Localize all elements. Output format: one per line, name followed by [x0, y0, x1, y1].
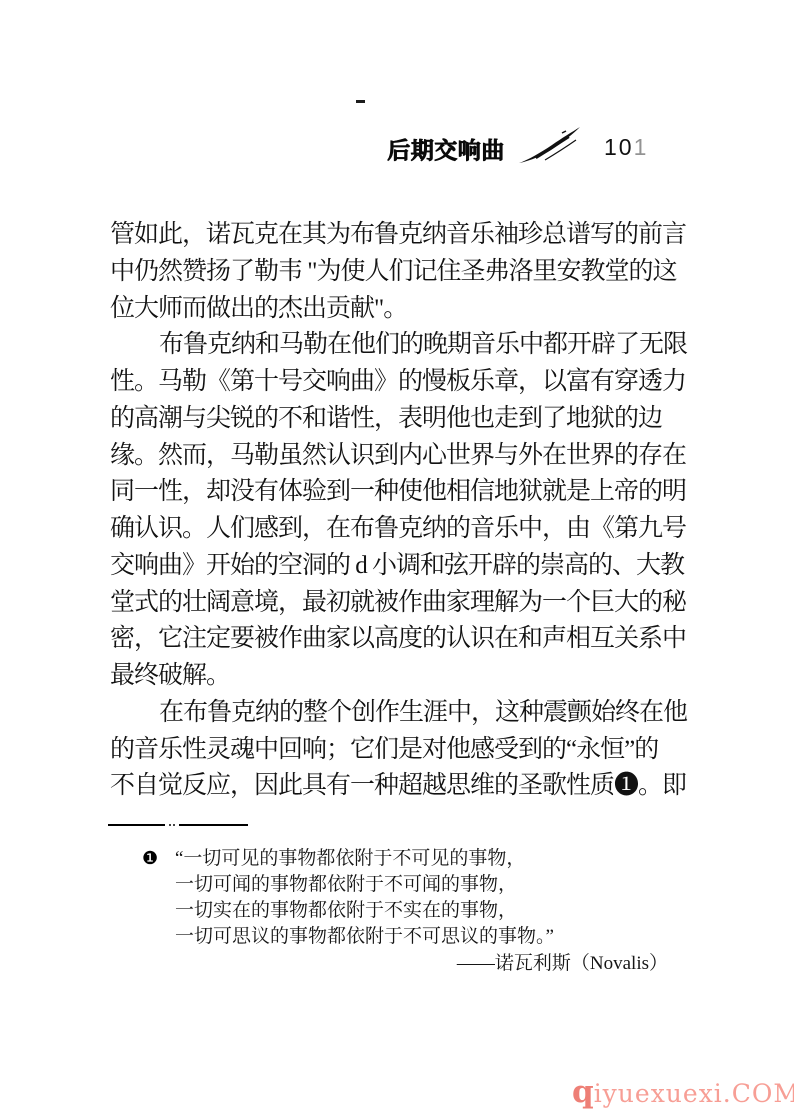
scan-artifact-dash: [356, 100, 365, 103]
body-line: 堂式的壮阔意境，最初就被作曲家理解为一个巨大的秘: [110, 585, 710, 622]
body-line: 管如此，诺瓦克在其为布鲁克纳音乐袖珍总谱写的前言: [110, 217, 710, 254]
footnote-attribution: ——诺瓦利斯（Novalis）: [400, 948, 668, 975]
footnote-line: 一切可闻的事物都依附于不可闻的事物，: [175, 872, 554, 898]
footnote-line: 一切实在的事物都依附于不实在的事物，: [175, 898, 554, 924]
body-line: 在布鲁克纳的整个创作生涯中，这种震颤始终在他: [110, 695, 710, 732]
body-line: 的音乐性灵魂中回响；它们是对他感受到的“永恒”的: [110, 732, 710, 769]
footnote-line: “一切可见的事物都依附于不可见的事物，: [175, 846, 554, 872]
page-number: 101: [604, 134, 648, 161]
body-text-block: 管如此，诺瓦克在其为布鲁克纳音乐袖珍总谱写的前言 中仍然赞扬了勒韦 "为使人们记…: [110, 217, 710, 805]
page-number-main: 10: [604, 134, 634, 160]
body-line: 布鲁克纳和马勒在他们的晚期音乐中都开辟了无限: [110, 327, 710, 364]
body-line: 缘。然而，马勒虽然认识到内心世界与外在世界的存在: [110, 438, 710, 475]
body-line: 同一性，却没有体验到一种使他相信地狱就是上帝的明: [110, 474, 710, 511]
scanned-book-page: 后期交响曲 101 管如此，诺瓦克在其为布鲁克纳音乐袖珍总谱写的前言 中仍然赞扬…: [0, 0, 794, 1120]
footnote-marker-icon: ❶: [142, 849, 158, 867]
page-number-faint-digit: 1: [634, 134, 649, 160]
body-line: 确认识。人们感到，在布鲁克纳的音乐中，由《第九号: [110, 511, 710, 548]
body-line: 不自觉反应，因此具有一种超越思维的圣歌性质❶。即: [110, 768, 710, 805]
site-watermark: qiyuexuexi.COM: [572, 1074, 794, 1110]
body-line: 位大师而做出的杰出贡献"。: [110, 291, 710, 328]
running-header-title: 后期交响曲: [387, 132, 505, 165]
watermark-lead-letter: q: [572, 1074, 594, 1110]
body-line: 的高潮与尖锐的不和谐性，表明他也走到了地狱的边: [110, 401, 710, 438]
body-line: 交响曲》开始的空洞的 d 小调和弦开辟的崇高的、大教: [110, 548, 710, 585]
footnote-separator: [108, 824, 248, 826]
body-line: 性。马勒《第十号交响曲》的慢板乐章，以富有穿透力: [110, 364, 710, 401]
watermark-text: iyuexuexi.COM: [594, 1079, 794, 1108]
body-line: 密，它注定要被作曲家以高度的认识在和声相互关系中: [110, 621, 710, 658]
body-line: 中仍然赞扬了勒韦 "为使人们记住圣弗洛里安教堂的这: [110, 254, 710, 291]
body-line: 最终破解。: [110, 658, 710, 695]
footnote-block: “一切可见的事物都依附于不可见的事物， 一切可闻的事物都依附于不可闻的事物， 一…: [175, 846, 554, 950]
footnote-line: 一切可思议的事物都依附于不可思议的事物。”: [175, 924, 554, 950]
brush-stroke-icon: [518, 124, 582, 168]
